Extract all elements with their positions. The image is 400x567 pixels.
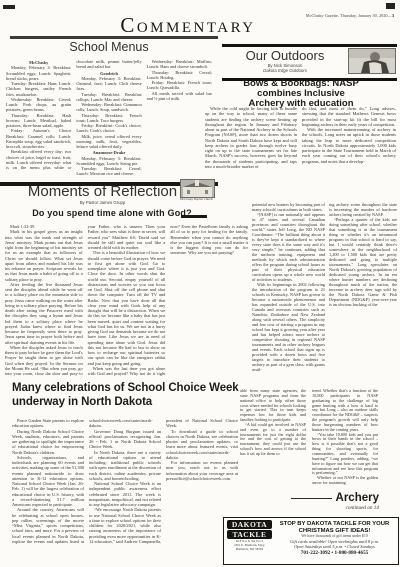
registration-mark-right	[386, 3, 395, 9]
archery-col-1a: While the cold might be forcing kids to …	[205, 106, 297, 200]
reflection-body-columns: Mark 1:32-39Mark in his gospel gives us …	[5, 224, 248, 380]
columnist-headshot-photo	[348, 48, 396, 74]
ad-copy-block: STOP BY DAKOTA TACKLE FOR YOUR CHRISTMAS…	[273, 520, 396, 562]
page-number: 3	[392, 13, 394, 18]
ad-brand-line2: TACKLE	[227, 530, 272, 539]
church-photo	[180, 179, 215, 198]
archery-col-2b: ing archery scene throughout the state i…	[329, 202, 397, 386]
reflection-title: Moments of Reflection	[0, 184, 205, 199]
ad-logo-block: DAKOTA TACKLE M-F 9 to 8, Sat 9 to 52301…	[226, 520, 273, 562]
our-outdoors-title: Our Outdoors	[222, 49, 348, 63]
ad-hours-line2: Open Saturdays until 5 p.m. • Closed Sun…	[273, 544, 396, 549]
headshot-illustration	[349, 49, 395, 73]
ad-phone-numbers: 701-222-3092 • 1-800-880-4655	[273, 550, 396, 556]
page-title: Commentary	[0, 15, 376, 36]
jump-row: Archery	[291, 492, 379, 504]
registration-mark-left	[3, 5, 15, 9]
dakota-tackle-ad[interactable]: DAKOTA TACKLE M-F 9 to 8, Sat 9 to 52301…	[223, 517, 399, 565]
newspaper-commentary-page: McClusky Gazette, Thursday, January 30, …	[0, 0, 400, 567]
our-outdoors-org: Dakota Edge Outdoors	[222, 68, 348, 73]
school-choice-body-columns: Peace Garden State parents to explore ed…	[12, 418, 238, 552]
church-photo-caption: McClusky Baptist Church	[176, 198, 217, 202]
ad-address: M-F 9 to 8, Sat 9 to 52301 E. Bismarck E…	[226, 540, 273, 551]
ad-brand-line1: DAKOTA	[227, 520, 272, 529]
archery-col-3b: trend. Whether that's a function of the …	[312, 389, 378, 489]
school-choice-headline: Many celebrations of School Choice Week …	[12, 382, 244, 409]
reflection-byline: By Pastor James Grupp	[0, 200, 205, 205]
masthead-rule	[10, 36, 218, 39]
archery-jump-marker: Archery continued on 14	[291, 492, 379, 511]
jump-rule	[291, 498, 332, 499]
church-illustration	[181, 180, 214, 197]
jump-label: Archery	[336, 492, 379, 504]
reflection-headline: Do you spend time alone with God?	[18, 208, 206, 218]
archery-col-2a: potential new hunters by becoming part o…	[252, 202, 325, 386]
school-menus-columns: McCluskyMonday, February 3: Breakfast: S…	[6, 59, 212, 180]
ad-headline: STOP BY DAKOTA TACKLE FOR YOUR CHRISTMAS…	[273, 521, 396, 534]
jump-note: continued on 14	[291, 505, 379, 511]
archery-article-headline: Bows & Bookbags: NASP combines Inclusive…	[204, 79, 398, 109]
our-outdoors-header: Our Outdoors By Nick Simonson Dakota Edg…	[222, 47, 348, 78]
our-outdoors-box: Our Outdoors By Nick Simonson Dakota Edg…	[222, 44, 397, 81]
archery-col-1b: do that, and most of them do,” Long advi…	[302, 106, 396, 200]
school-menus-title: School Menus	[0, 40, 218, 54]
